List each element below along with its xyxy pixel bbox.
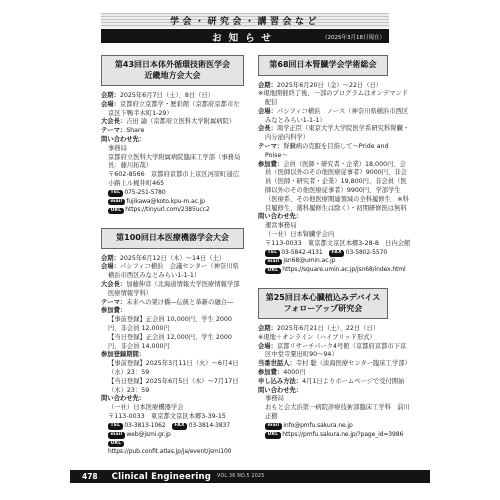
field-label: 会長： (258, 125, 277, 132)
event-text-line: URLhttps://tinyurl.com/2385ucc2 (101, 206, 244, 215)
event-text-line: 会場：パシフィコ横浜 ノース（神奈川県横浜市西区みなとみらい1-1-1） (258, 108, 411, 126)
tel-icon: TEL (108, 190, 123, 196)
mail-icon: mail (265, 423, 282, 429)
event-text-line: URLhttps://pub.confit.atlas.jp/ja/event/… (101, 439, 244, 457)
field-label: 会場： (258, 343, 277, 350)
url-value: https://tinyurl.com/2385ucc2 (125, 206, 209, 213)
field-label: 問い合わせ先： (258, 213, 302, 220)
field-label: 申し込み方法： (258, 378, 302, 385)
event-text-line: 申し込み方法：4月1日よりホームページで受付開始 (258, 378, 411, 387)
field-label: 問い合わせ先： (101, 395, 145, 402)
event-text-line: 参加登録期間： (101, 351, 244, 360)
event-text-line: テーマ：腎臓病の克服を目指して〜Pride and Poise〜 (258, 143, 411, 161)
tel-icon: TEL (108, 423, 123, 429)
field-label: 会期： (258, 325, 277, 332)
notice-date-note: （2025年3月18日現在） (322, 33, 385, 41)
field-label: 会場： (101, 263, 120, 270)
event-text-line: 事務局 (101, 145, 244, 154)
event-title-box: 第68回日本腎臓学会学術総会 (258, 55, 388, 76)
column-left: 第43回日本体外循環技術医学会近畿地方会大会会期：2025年6月7日（土）、8日… (101, 55, 244, 470)
event-title-line: 近畿地方会大会 (104, 71, 241, 82)
event-text-line: mailweb@jsmi.gr.jp (101, 431, 244, 440)
event-text-line: 〒602-8566 京都府京都市上京区河原町通広小路上ル梶井町465 (101, 171, 244, 189)
url-icon: URL (265, 432, 281, 438)
journal-logo: Clinical Engineering (112, 472, 211, 482)
event-title-box: 第100回日本医療機器学会大会 (101, 228, 244, 249)
url-icon: URL (265, 268, 281, 274)
event-text-line: おもと会大浜第一病院診療技術部臨床工学科 前川正樹 (258, 404, 411, 422)
mail-icon: mail (108, 199, 125, 205)
event-text-line: 大会長：吉田 諭（京都府立医科大学附属病院） (101, 118, 244, 127)
event-text-line: mailfujikawa@koto.kpu-m.ac.jp (101, 198, 244, 207)
event-text-line: 会場：京都リサーチパーク4号館（京都府京都市下京区中堂寺粟田町90〜94） (258, 343, 411, 361)
event-text-line: 会場：京都府立京都学・歴彩館（京都府京都市左京区下鴨半木町1-29） (101, 101, 244, 119)
field-label: 問い合わせ先： (101, 136, 145, 143)
event-text-line: 問い合わせ先： (101, 136, 244, 145)
event-text-line: mailjsn68@umin.ac.jp (258, 257, 411, 266)
event-text-line: （一社）日本医療機器学会 (101, 404, 244, 413)
event-text-line: 会期：2025年6月21日（土）、22日（日） (258, 325, 411, 334)
event-text-line: 会期：2025年6月20日（金）〜22日（日） (258, 82, 411, 91)
event-text-line: 【事前登録】正会員 10,000円、学生 2000円、非会員 12,000円 (101, 316, 244, 334)
issue-info: VOL.36 NO.5 2025 (217, 474, 264, 479)
event-title-line: フォローアップ研究会 (261, 304, 385, 315)
event-block: 第100回日本医療機器学会大会会期：2025年6月12日（木）〜14日（土）会場… (101, 228, 244, 457)
url-value: https://pub.confit.atlas.jp/ja/event/jsm… (108, 448, 231, 455)
field-label: 会期： (101, 92, 120, 99)
event-title-line: 第100回日本医療機器学会大会 (104, 233, 241, 244)
event-text-line: URLhttps://pmfu.sakura.ne.jp/?page_id=39… (258, 431, 411, 440)
mail-icon: mail (108, 432, 125, 438)
event-text-line: 〒113-0033 東京都文京区本郷3-39-15 (101, 413, 244, 422)
event-title-line: 第43回日本体外循環技術医学会 (104, 60, 241, 71)
event-text-line: ※現地＋オンライン（ハイブリッド形式） (258, 334, 411, 343)
event-block: 第43回日本体外循環技術医学会近畿地方会大会会期：2025年6月7日（土）、8日… (101, 55, 244, 215)
field-label: 会期： (101, 255, 120, 262)
notice-bar: お知らせ （2025年3月18日現在） (101, 29, 389, 43)
mail-value: info@pmfu.sakura.ne.jp (283, 422, 352, 429)
field-label: 会場： (258, 108, 277, 115)
tel-value: 075-251-5780 (124, 189, 165, 196)
event-block: 第25回日本心臓植込みデバイスフォローアップ研究会会期：2025年6月21日（土… (258, 288, 411, 439)
fax-icon: FAX (329, 250, 344, 256)
event-text-line: 大会長：加藤伸彦（北海道情報大学医療情報学部医療情報学科） (101, 281, 244, 299)
event-text-line: 参加費：4000円 (258, 369, 411, 378)
event-title-line: 第25回日本心臓植込みデバイス (261, 293, 385, 304)
page-number: 478 (82, 472, 98, 481)
event-text-line: 【事前登録】2025年3月11日（火）〜6月4日（水）23：59 (101, 360, 244, 378)
event-text-line: 【当日登録】2025年6月5日（木）〜7月17日（木）23：59 (101, 378, 244, 396)
mail-value: fujikawa@koto.kpu-m.ac.jp (126, 198, 205, 205)
tel-value: 03-5842-4131 (281, 249, 322, 256)
mail-value: jsn68@umin.ac.jp (283, 257, 335, 264)
tel-value: 03-3813-1062 (124, 422, 165, 429)
event-text-line: TEL03-3813-1062 FAX03-3814-3837 (101, 422, 244, 431)
footer-bar: 478 Clinical Engineering VOL.36 NO.5 202… (70, 470, 430, 483)
event-title-box: 第43回日本体外循環技術医学会近畿地方会大会 (101, 55, 244, 86)
event-text-line: 問い合わせ先： (258, 213, 411, 222)
event-text-line: 会期：2025年6月7日（土）、8日（日） (101, 92, 244, 101)
field-label: 大会長： (101, 118, 126, 125)
event-text-line: 〒113-0033 東京都文京区本郷3-28-8 日内会館 (258, 240, 411, 249)
event-title-line: 第68回日本腎臓学会学術総会 (261, 60, 385, 71)
field-label: 当番世話人： (258, 360, 296, 367)
event-text-line: TEL075-251-5780 (101, 189, 244, 198)
section-band: 学会・研究会・講習会など (101, 13, 389, 28)
event-text-line: テーマ：Share (101, 127, 244, 136)
column-right: 第68回日本腎臓学会学術総会会期：2025年6月20日（金）〜22日（日）※現地… (258, 55, 411, 452)
field-label: 参加費： (101, 307, 126, 314)
field-label: テーマ： (101, 299, 126, 306)
field-label: 参加費： (258, 369, 283, 376)
url-icon: URL (108, 208, 124, 214)
field-label: 大会長： (101, 281, 126, 288)
event-text-line: 問い合わせ先： (101, 395, 244, 404)
event-block: 第68回日本腎臓学会学術総会会期：2025年6月20日（金）〜22日（日）※現地… (258, 55, 411, 275)
event-text-line: 【当日登録】正会員 12,000円、学生 2000円、非会員 14,000円 (101, 334, 244, 352)
event-text-line: 運営事務局 (258, 222, 411, 231)
field-label: 会期： (258, 82, 277, 89)
url-value: https://pmfu.sakura.ne.jp/?page_id=3986 (282, 431, 403, 438)
event-text-line: mailinfo@pmfu.sakura.ne.jp (258, 422, 411, 431)
tel-icon: TEL (265, 250, 280, 256)
field-label: 参加費： (258, 161, 283, 168)
url-value: https://square.umin.ac.jp/jsn68/index.ht… (282, 266, 405, 273)
section-band-title: 学会・研究会・講習会など (170, 14, 320, 27)
event-text-line: 会場：パシフィコ横浜 会議センター（神奈川県横浜市西区みなとみらい1-1-1） (101, 263, 244, 281)
field-label: テーマ： (101, 127, 126, 134)
event-text-line: 参加費：会員（医師・研究者・企業）18,000円、会員（医師以外のその他医療従事… (258, 161, 411, 214)
mail-icon: mail (265, 259, 282, 265)
event-text-line: URLhttps://square.umin.ac.jp/jsn68/index… (258, 266, 411, 275)
event-text-line: 事務局 (258, 395, 411, 404)
magazine-page: 学会・研究会・講習会など お知らせ （2025年3月18日現在） 第43回日本体… (0, 0, 500, 500)
field-label: 問い合わせ先： (258, 387, 302, 394)
event-text-line: 会長：南学正臣（東京大学大学院医学系研究科腎臓・内分泌内科学） (258, 125, 411, 143)
event-text-line: 当番世話人：寺村 聡（淡海医療センター臨床工学部） (258, 360, 411, 369)
event-text-line: TEL03-5842-4131 FAX03-5802-5570 (258, 249, 411, 258)
event-text-line: 参加費： (101, 307, 244, 316)
fax-value: 03-5802-5570 (346, 249, 387, 256)
field-label: テーマ： (258, 143, 283, 150)
event-text-line: 京都府立医科大学附属病院臨床工学部（事務局長：藤川拓哉） (101, 154, 244, 172)
mail-value: web@jsmi.gr.jp (126, 431, 170, 438)
event-title-box: 第25回日本心臓植込みデバイスフォローアップ研究会 (258, 288, 388, 319)
field-label: 会場： (101, 101, 120, 108)
fax-value: 03-3814-3837 (189, 422, 230, 429)
event-text-line: （一社）日本腎臓学会内 (258, 231, 411, 240)
field-label: 参加登録期間： (101, 351, 145, 358)
event-text-line: ※現地開催終了後、一部のプログラムはオンデマンド配信 (258, 90, 411, 108)
fax-icon: FAX (172, 423, 187, 429)
url-icon: URL (108, 441, 124, 447)
